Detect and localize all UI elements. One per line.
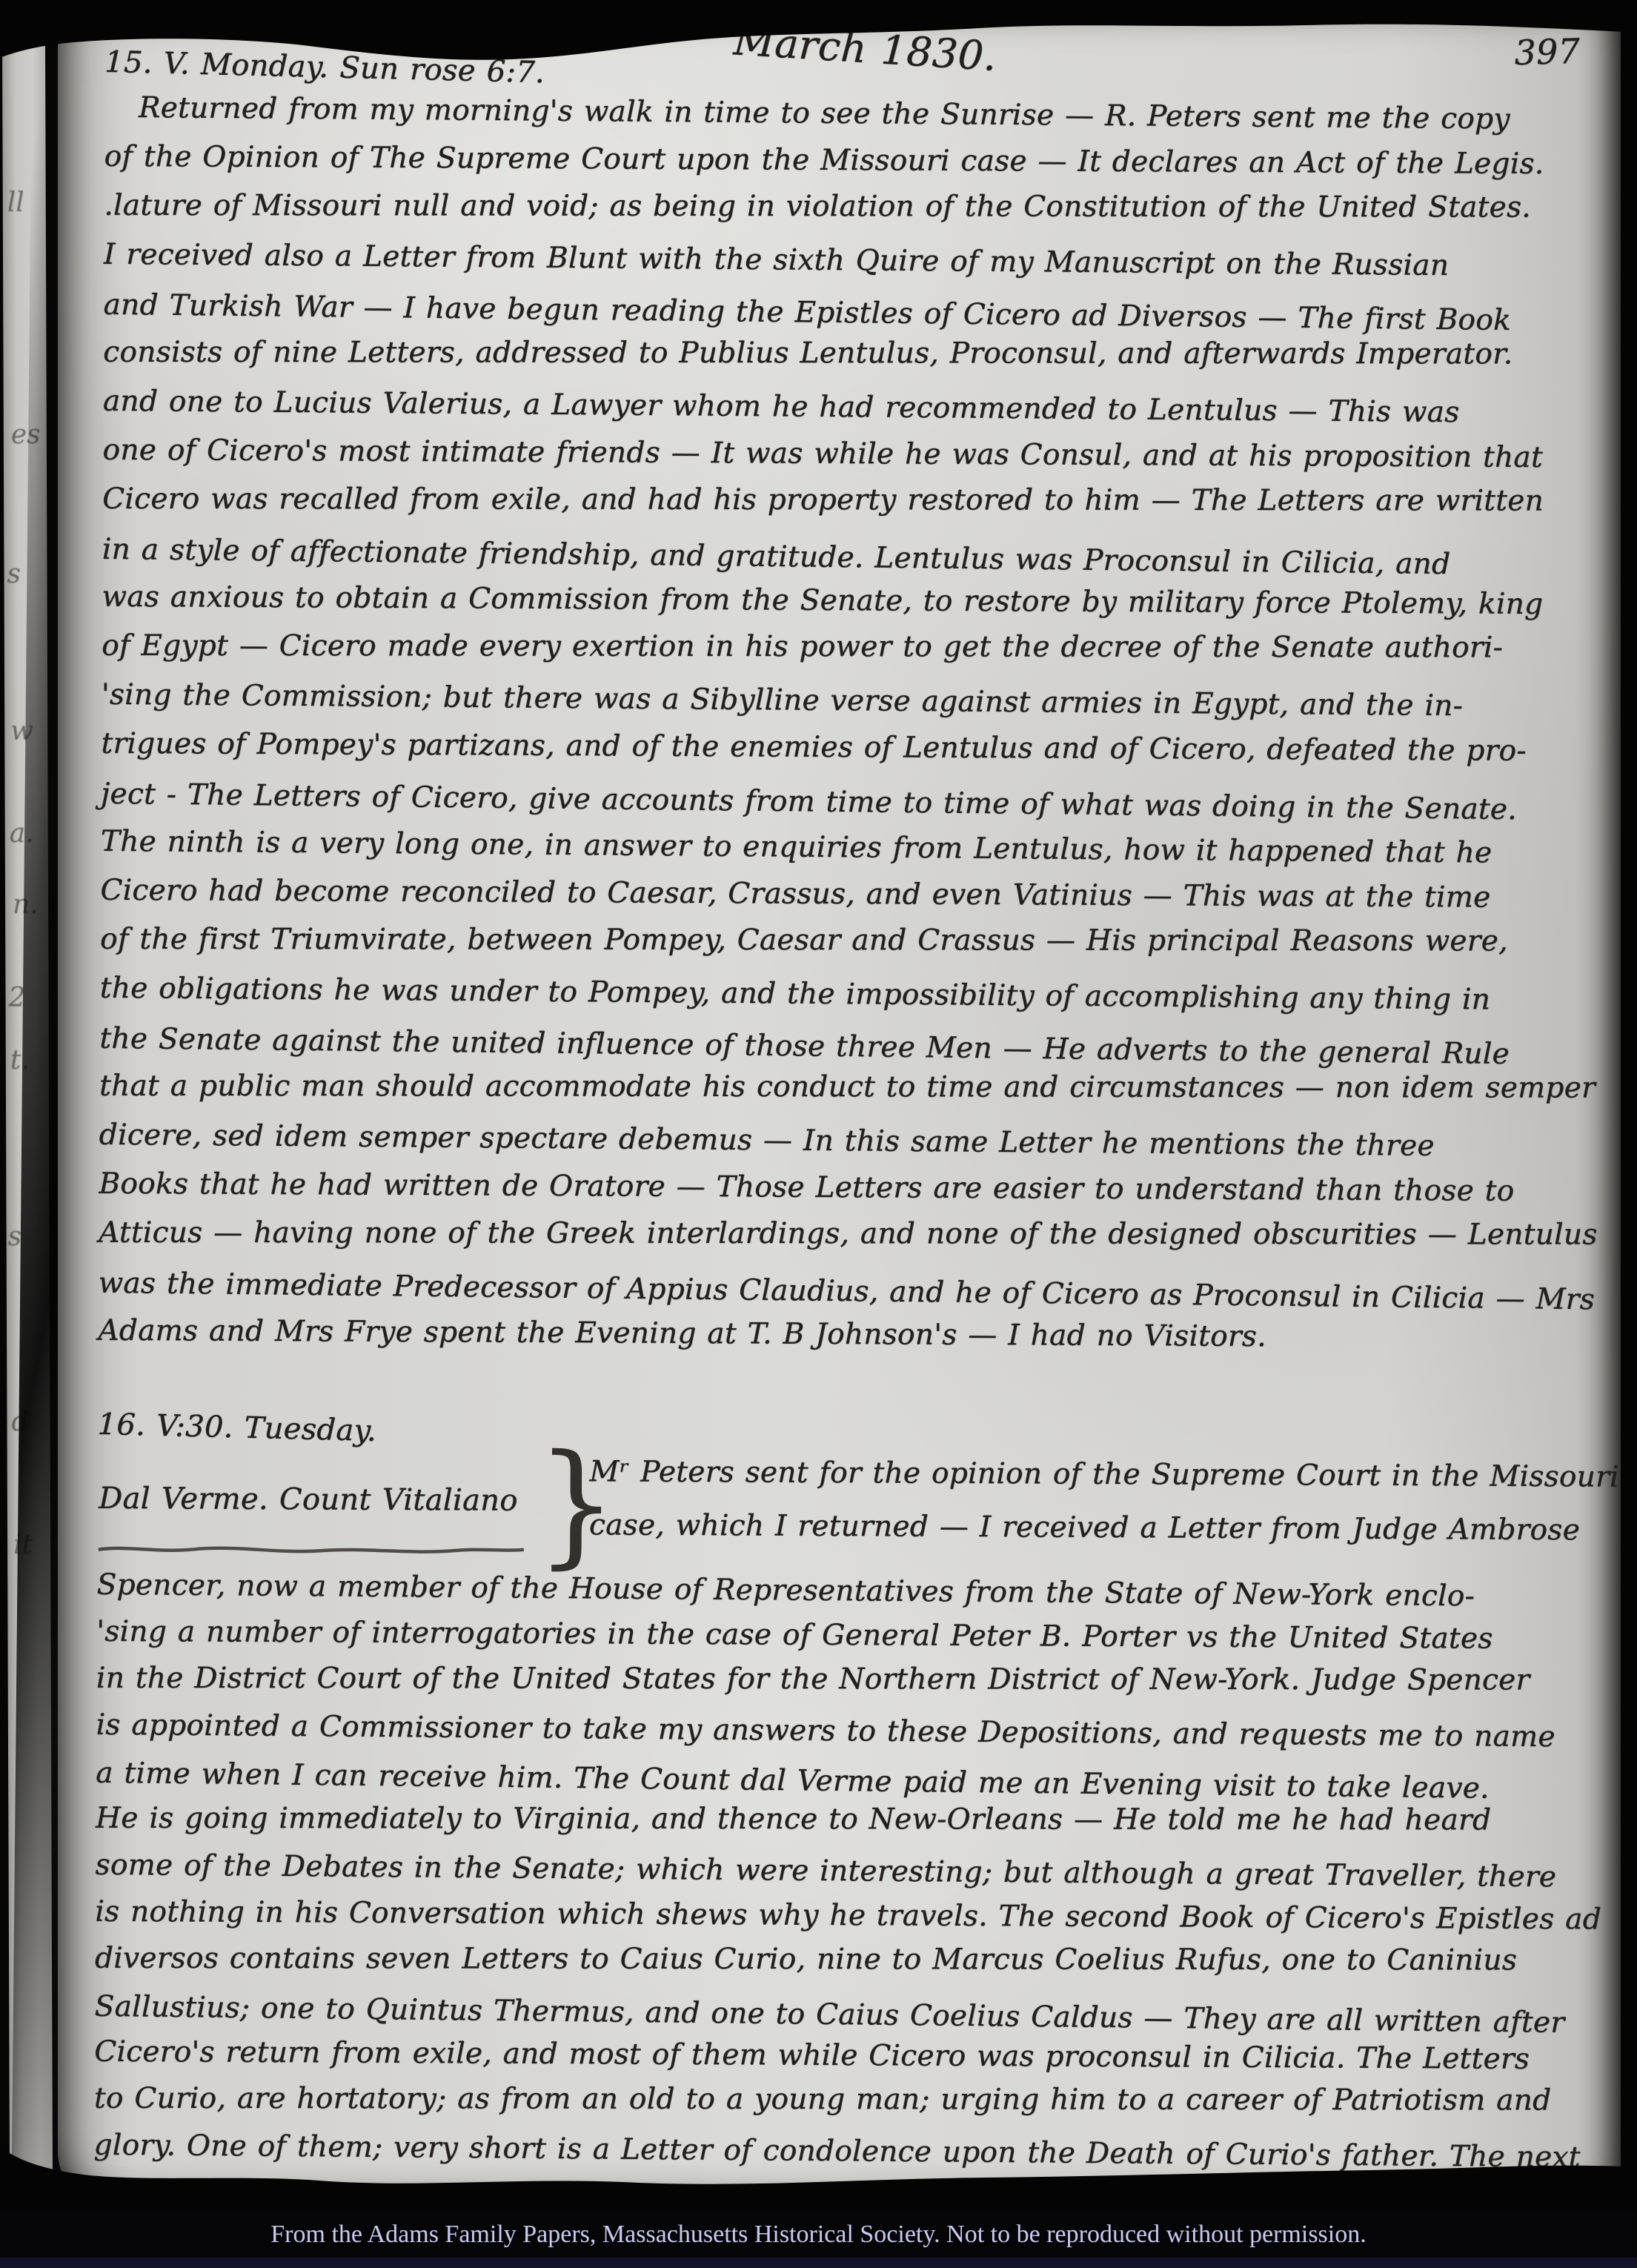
- manuscript-line: He is going immediately to Virginia, and…: [96, 1795, 1600, 1844]
- scan-right-edge: [1621, 0, 1637, 2216]
- manuscript-line: Atticus — having none of the Greek inter…: [99, 1209, 1603, 1260]
- scanned-page: llesswa.n.2t.sdit March 1830. 397 15. V.…: [0, 0, 1637, 2268]
- bleed-through-mark: s: [8, 1221, 22, 1252]
- manuscript-page: March 1830. 397 15. V. Monday. Sun rose …: [58, 3, 1621, 2210]
- entry-2-margin-row: Dal Verme. Count Vitaliano } Mʳ Peters s…: [97, 1449, 1602, 1570]
- margin-note-dal-verme: Dal Verme. Count Vitaliano: [99, 1482, 518, 1518]
- bleed-through-mark: ll: [7, 188, 24, 218]
- manuscript-line: case, which I returned — I received a Le…: [589, 1499, 1619, 1557]
- caption-text: From the Adams Family Papers, Massachuse…: [0, 2221, 1637, 2249]
- wavy-underline: [97, 1542, 527, 1558]
- manuscript-line: that a public man should accommodate his…: [99, 1062, 1604, 1113]
- manuscript-line: Mʳ Peters sent for the opinion of the Su…: [589, 1445, 1619, 1504]
- scan-bottom-strip: [0, 2258, 1637, 2268]
- manuscript-line: diversos contains seven Letters to Caius…: [95, 1935, 1599, 1984]
- manuscript-line: glory. One of them; very short is a Lett…: [93, 2122, 1598, 2181]
- entry-2-heading: 16. V:30. Tuesday.: [97, 1407, 377, 1448]
- manuscript-line: .lature of Missouri null and void; as be…: [104, 182, 1608, 233]
- manuscript-line: in the District Court of the United Stat…: [96, 1655, 1601, 1704]
- manuscript-line: of the first Triumvirate, between Pompey…: [100, 915, 1604, 966]
- manuscript-line: of Egypt — Cicero made every exertion in…: [102, 622, 1606, 673]
- entry-1-heading: 15. V. Monday. Sun rose 6:7.: [104, 45, 545, 90]
- entry-1-body: Returned from my morning's walk in time …: [98, 84, 1609, 1364]
- entry-2-indented-body: Mʳ Peters sent for the opinion of the Su…: [589, 1445, 1619, 1557]
- bleed-through-mark: s: [7, 559, 21, 589]
- manuscript-line: Cicero was recalled from exile, and had …: [102, 475, 1607, 526]
- manuscript-line: consists of nine Letters, addressed to P…: [103, 328, 1607, 379]
- page-header-date: March 1830.: [732, 17, 998, 80]
- page-number: 397: [1514, 31, 1581, 73]
- manuscript-content: March 1830. 397 15. V. Monday. Sun rose …: [58, 3, 1621, 2210]
- entry-2-body: Spencer, now a member of the House of Re…: [93, 1562, 1601, 2177]
- manuscript-line: to Curio, are hortatory; as from an old …: [94, 2075, 1598, 2124]
